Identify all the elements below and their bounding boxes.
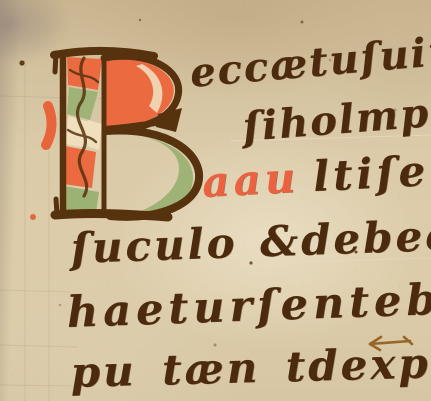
text-segment-rubric: aau (201, 153, 300, 207)
illuminated-initial-b (54, 51, 199, 217)
manuscript-page: eccætuſuir e ſiholmpior aaultiſe ſuculo … (0, 0, 431, 401)
margin-mark (46, 106, 52, 145)
text-segment: pu tæn tdexpo (70, 338, 431, 397)
text-line-6: pu tæn tdexpo (70, 338, 431, 397)
text-segment: ltiſe (312, 146, 431, 201)
